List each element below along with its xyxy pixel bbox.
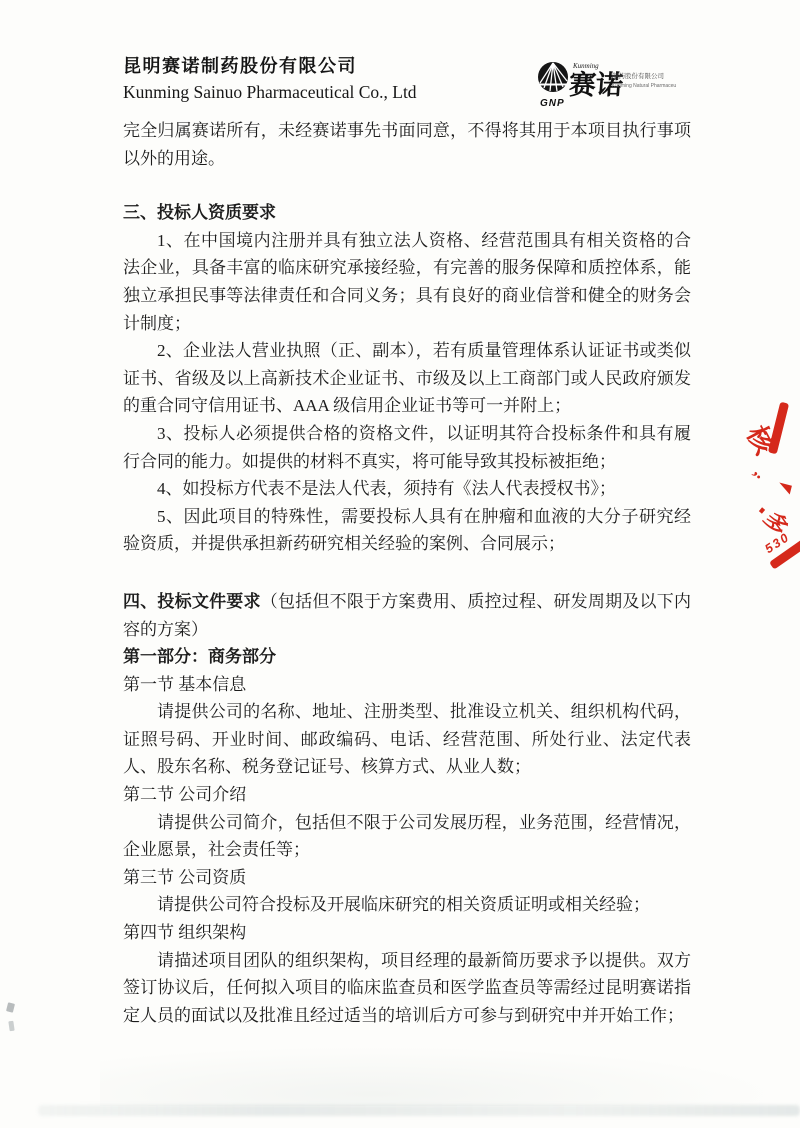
text-run: 请提供公司符合投标及开展临床研究的相关资质证明或相关经验； [157, 895, 650, 914]
doc-paragraph: 请描述项目团队的组织架构，项目经理的最新简历要求予以提供。双方签订协议后，任何拟… [123, 947, 691, 1030]
shell-icon [538, 62, 568, 92]
text-run: 第三节 公司资质 [123, 868, 246, 887]
scan-speck [6, 1002, 15, 1012]
doc-paragraph: 第四节 组织架构 [123, 919, 691, 947]
logo-graphic: GNP Kunming 赛诺 制药股份有限公司 Kunming Natural … [536, 56, 676, 110]
doc-paragraph: 请提供公司符合投标及开展临床研究的相关资质证明或相关经验； [123, 891, 691, 919]
text-run: 请提供公司的名称、地址、注册类型、批准设立机关、组织机构代码，证照号码、开业时间… [123, 702, 691, 776]
scan-haze [100, 1046, 780, 1106]
stamp-triangle [777, 483, 792, 495]
red-stamp: 核 ,. 多 530 [748, 398, 800, 578]
text-run: 三、投标人资质要求 [123, 203, 276, 222]
doc-paragraph: 请提供公司的名称、地址、注册类型、批准设立机关、组织机构代码，证照号码、开业时间… [123, 698, 691, 781]
text-run: 第四节 组织架构 [123, 923, 246, 942]
doc-paragraph: 2、企业法人营业执照（正、副本），若有质量管理体系认证证书或类似证书、省级及以上… [123, 337, 691, 420]
text-run: 请描述项目团队的组织架构，项目经理的最新简历要求予以提供。双方签订协议后，任何拟… [123, 951, 691, 1025]
letterhead: 昆明赛诺制药股份有限公司 Kunming Sainuo Pharmaceutic… [123, 52, 417, 103]
doc-paragraph: 请提供公司简介，包括但不限于公司发展历程，业务范围，经营情况，企业愿景，社会责任… [123, 809, 691, 864]
text-run: 第二节 公司介绍 [123, 785, 246, 804]
text-run: 四、投标文件要求 [123, 592, 261, 611]
logo-subline-en: Kunming Natural Pharmaceuticals [612, 83, 676, 89]
text-run: 5、因此项目的特殊性，需要投标人具有在肿瘤和血液的大分子研究经验资质，并提供承担… [123, 507, 691, 554]
logo-monogram: GNP [540, 98, 565, 109]
doc-heading: 三、投标人资质要求 [123, 199, 691, 227]
text-run: 请提供公司简介，包括但不限于公司发展历程，业务范围，经营情况，企业愿景，社会责任… [123, 813, 691, 860]
doc-paragraph: 四、投标文件要求（包括但不限于方案费用、质控过程、研发周期及以下内容的方案） [123, 588, 691, 643]
scan-band [38, 1105, 800, 1116]
stamp-dots: ,. [750, 462, 772, 482]
stamp-dot [759, 507, 765, 513]
company-logo: GNP Kunming 赛诺 制药股份有限公司 Kunming Natural … [536, 56, 676, 110]
text-run: 1、在中国境内注册并具有独立法人资格、经营范围具有相关资格的合法企业，具备丰富的… [123, 231, 691, 333]
doc-paragraph: 第三节 公司资质 [123, 864, 691, 892]
text-run: 2、企业法人营业执照（正、副本），若有质量管理体系认证证书或类似证书、省级及以上… [123, 341, 691, 415]
scanned-document-page: 昆明赛诺制药股份有限公司 Kunming Sainuo Pharmaceutic… [0, 0, 800, 1128]
text-run: 完全归属赛诺所有，未经赛诺事先书面同意，不得将其用于本项目执行事项以外的用途。 [123, 121, 691, 168]
doc-paragraph: 第一节 基本信息 [123, 671, 691, 699]
document-body: 完全归属赛诺所有，未经赛诺事先书面同意，不得将其用于本项目执行事项以外的用途。三… [123, 117, 691, 1029]
logo-script-word: Kunming [572, 62, 599, 70]
text-run: 第一节 基本信息 [123, 675, 246, 694]
doc-paragraph: 5、因此项目的特殊性，需要投标人具有在肿瘤和血液的大分子研究经验资质，并提供承担… [123, 503, 691, 558]
company-name-zh: 昆明赛诺制药股份有限公司 [123, 52, 417, 78]
text-run: 4、如投标方代表不是法人代表，须持有《法人代表授权书》； [157, 479, 616, 498]
text-run: 3、投标人必须提供合格的资格文件，以证明其符合投标条件和具有履行合同的能力。如提… [123, 424, 691, 471]
scan-speck [8, 1021, 14, 1032]
doc-paragraph: 第二节 公司介绍 [123, 781, 691, 809]
logo-subline-zh: 制药股份有限公司 [612, 71, 664, 80]
doc-paragraph: 4、如投标方代表不是法人代表，须持有《法人代表授权书》； [123, 475, 691, 503]
doc-heading: 第一部分：商务部分 [123, 643, 691, 671]
doc-paragraph: 完全归属赛诺所有，未经赛诺事先书面同意，不得将其用于本项目执行事项以外的用途。 [123, 117, 691, 172]
text-run: 第一部分：商务部分 [123, 647, 276, 666]
company-name-en: Kunming Sainuo Pharmaceutical Co., Ltd [123, 82, 417, 103]
doc-paragraph: 3、投标人必须提供合格的资格文件，以证明其符合投标条件和具有履行合同的能力。如提… [123, 420, 691, 475]
doc-paragraph: 1、在中国境内注册并具有独立法人资格、经营范围具有相关资格的合法企业，具备丰富的… [123, 227, 691, 337]
